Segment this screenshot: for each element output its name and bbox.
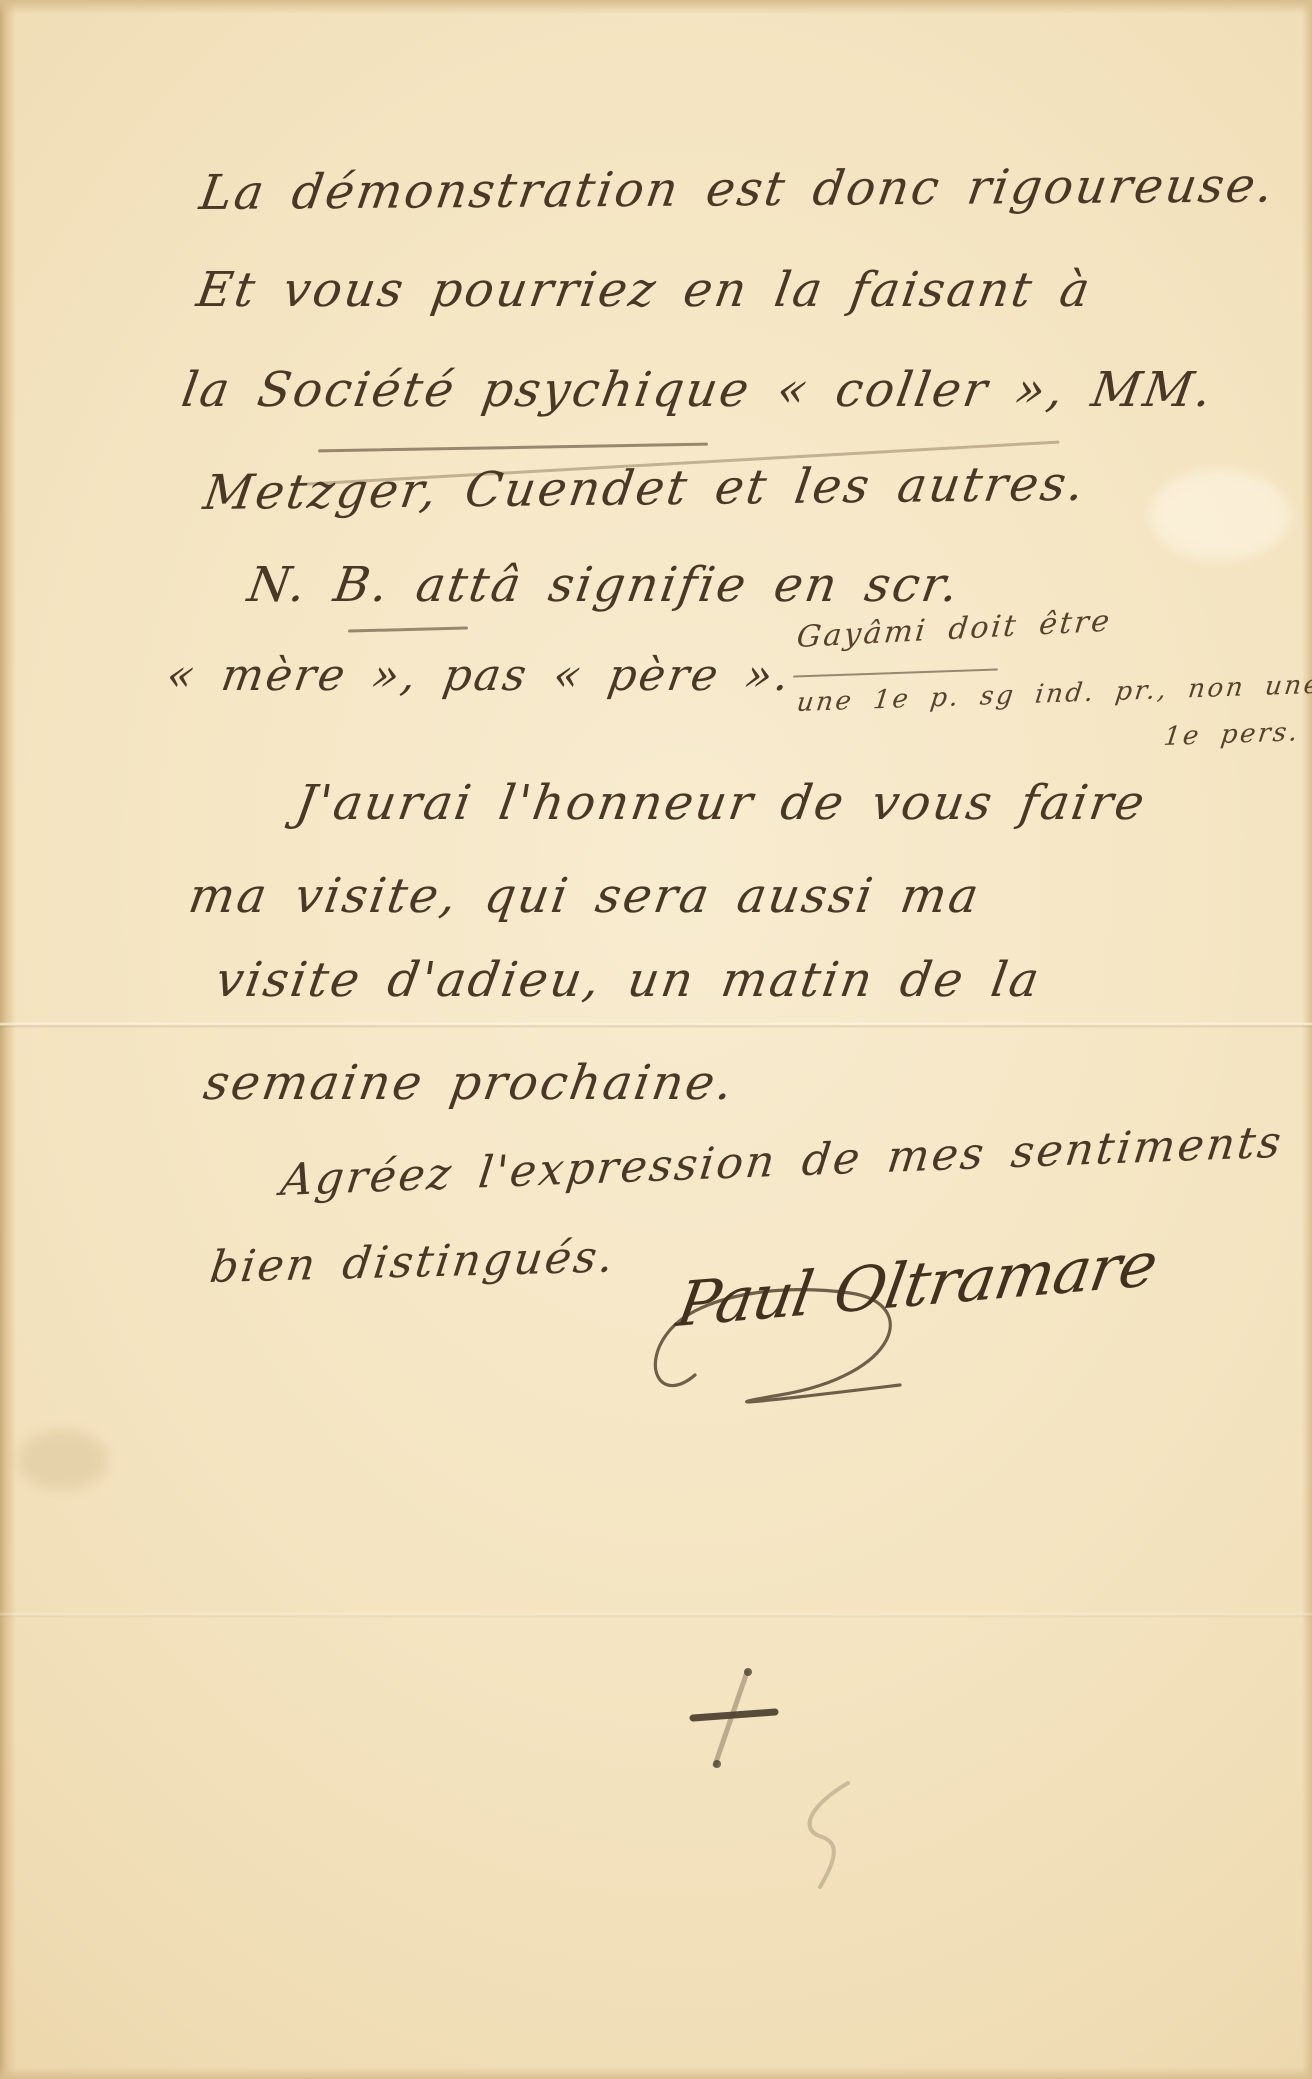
letter-line-8: semaine prochaine. bbox=[200, 1055, 739, 1111]
underline-atta bbox=[348, 626, 468, 632]
line-3-text-c: « coller », MM. bbox=[746, 362, 1217, 418]
paper-edge-left bbox=[0, 0, 16, 2079]
nb-text-a: N. B. bbox=[244, 557, 421, 613]
nb-grammar-note-1: une 1e p. sg ind. pr., non une bbox=[795, 670, 1312, 718]
letter-line-6: ma visite, qui sera aussi ma bbox=[185, 868, 985, 924]
nb-underlined-gayami: Gayâmi bbox=[795, 613, 929, 655]
ink-mark bbox=[675, 1660, 795, 1780]
fold-crease-lower bbox=[0, 1612, 1312, 1618]
letter-page: La démonstration est donc rigoureuse. Et… bbox=[0, 0, 1312, 2079]
letter-line-7: visite d'adieu, un matin de la bbox=[212, 952, 1045, 1008]
paper-stain bbox=[18, 1430, 108, 1490]
closing-line-1: Agréez l'expression de mes sentiments bbox=[278, 1117, 1286, 1206]
letter-line-5: J'aurai l'honneur de vous faire bbox=[292, 775, 1151, 831]
pencil-mark bbox=[770, 1775, 870, 1905]
letter-line-3: la Société psychique « coller », MM. bbox=[178, 362, 1218, 418]
letter-line-2: Et vous pourriez en la faisant à bbox=[193, 262, 1096, 318]
nb-line-2: « mère », pas « père ». bbox=[163, 650, 795, 701]
nb-grammar-note-2: 1e pers. pl. bbox=[1162, 715, 1312, 752]
underline-psychique bbox=[318, 443, 708, 453]
fold-crease-upper bbox=[0, 1022, 1312, 1028]
nb-line-1: N. B. attâ signifie en scr. bbox=[244, 557, 964, 613]
closing-line-2: bien distingués. bbox=[207, 1231, 619, 1293]
paper-edge-top bbox=[0, 0, 1312, 14]
paper-edge-bottom bbox=[0, 2067, 1312, 2079]
line-3-text-a: la Société bbox=[178, 362, 487, 418]
paper-edge-right bbox=[1302, 0, 1312, 2079]
letter-line-1: La démonstration est donc rigoureuse. bbox=[196, 158, 1279, 221]
line-3-underlined-word: psychique bbox=[478, 362, 755, 418]
paper-highlight bbox=[1150, 470, 1290, 560]
nb-text-c: signifie en scr. bbox=[518, 557, 964, 613]
letter-line-4: Metzger, Cuendet et les autres. bbox=[200, 456, 1090, 521]
nb-underlined-atta: attâ bbox=[412, 557, 527, 613]
underline-gayami bbox=[793, 668, 998, 677]
